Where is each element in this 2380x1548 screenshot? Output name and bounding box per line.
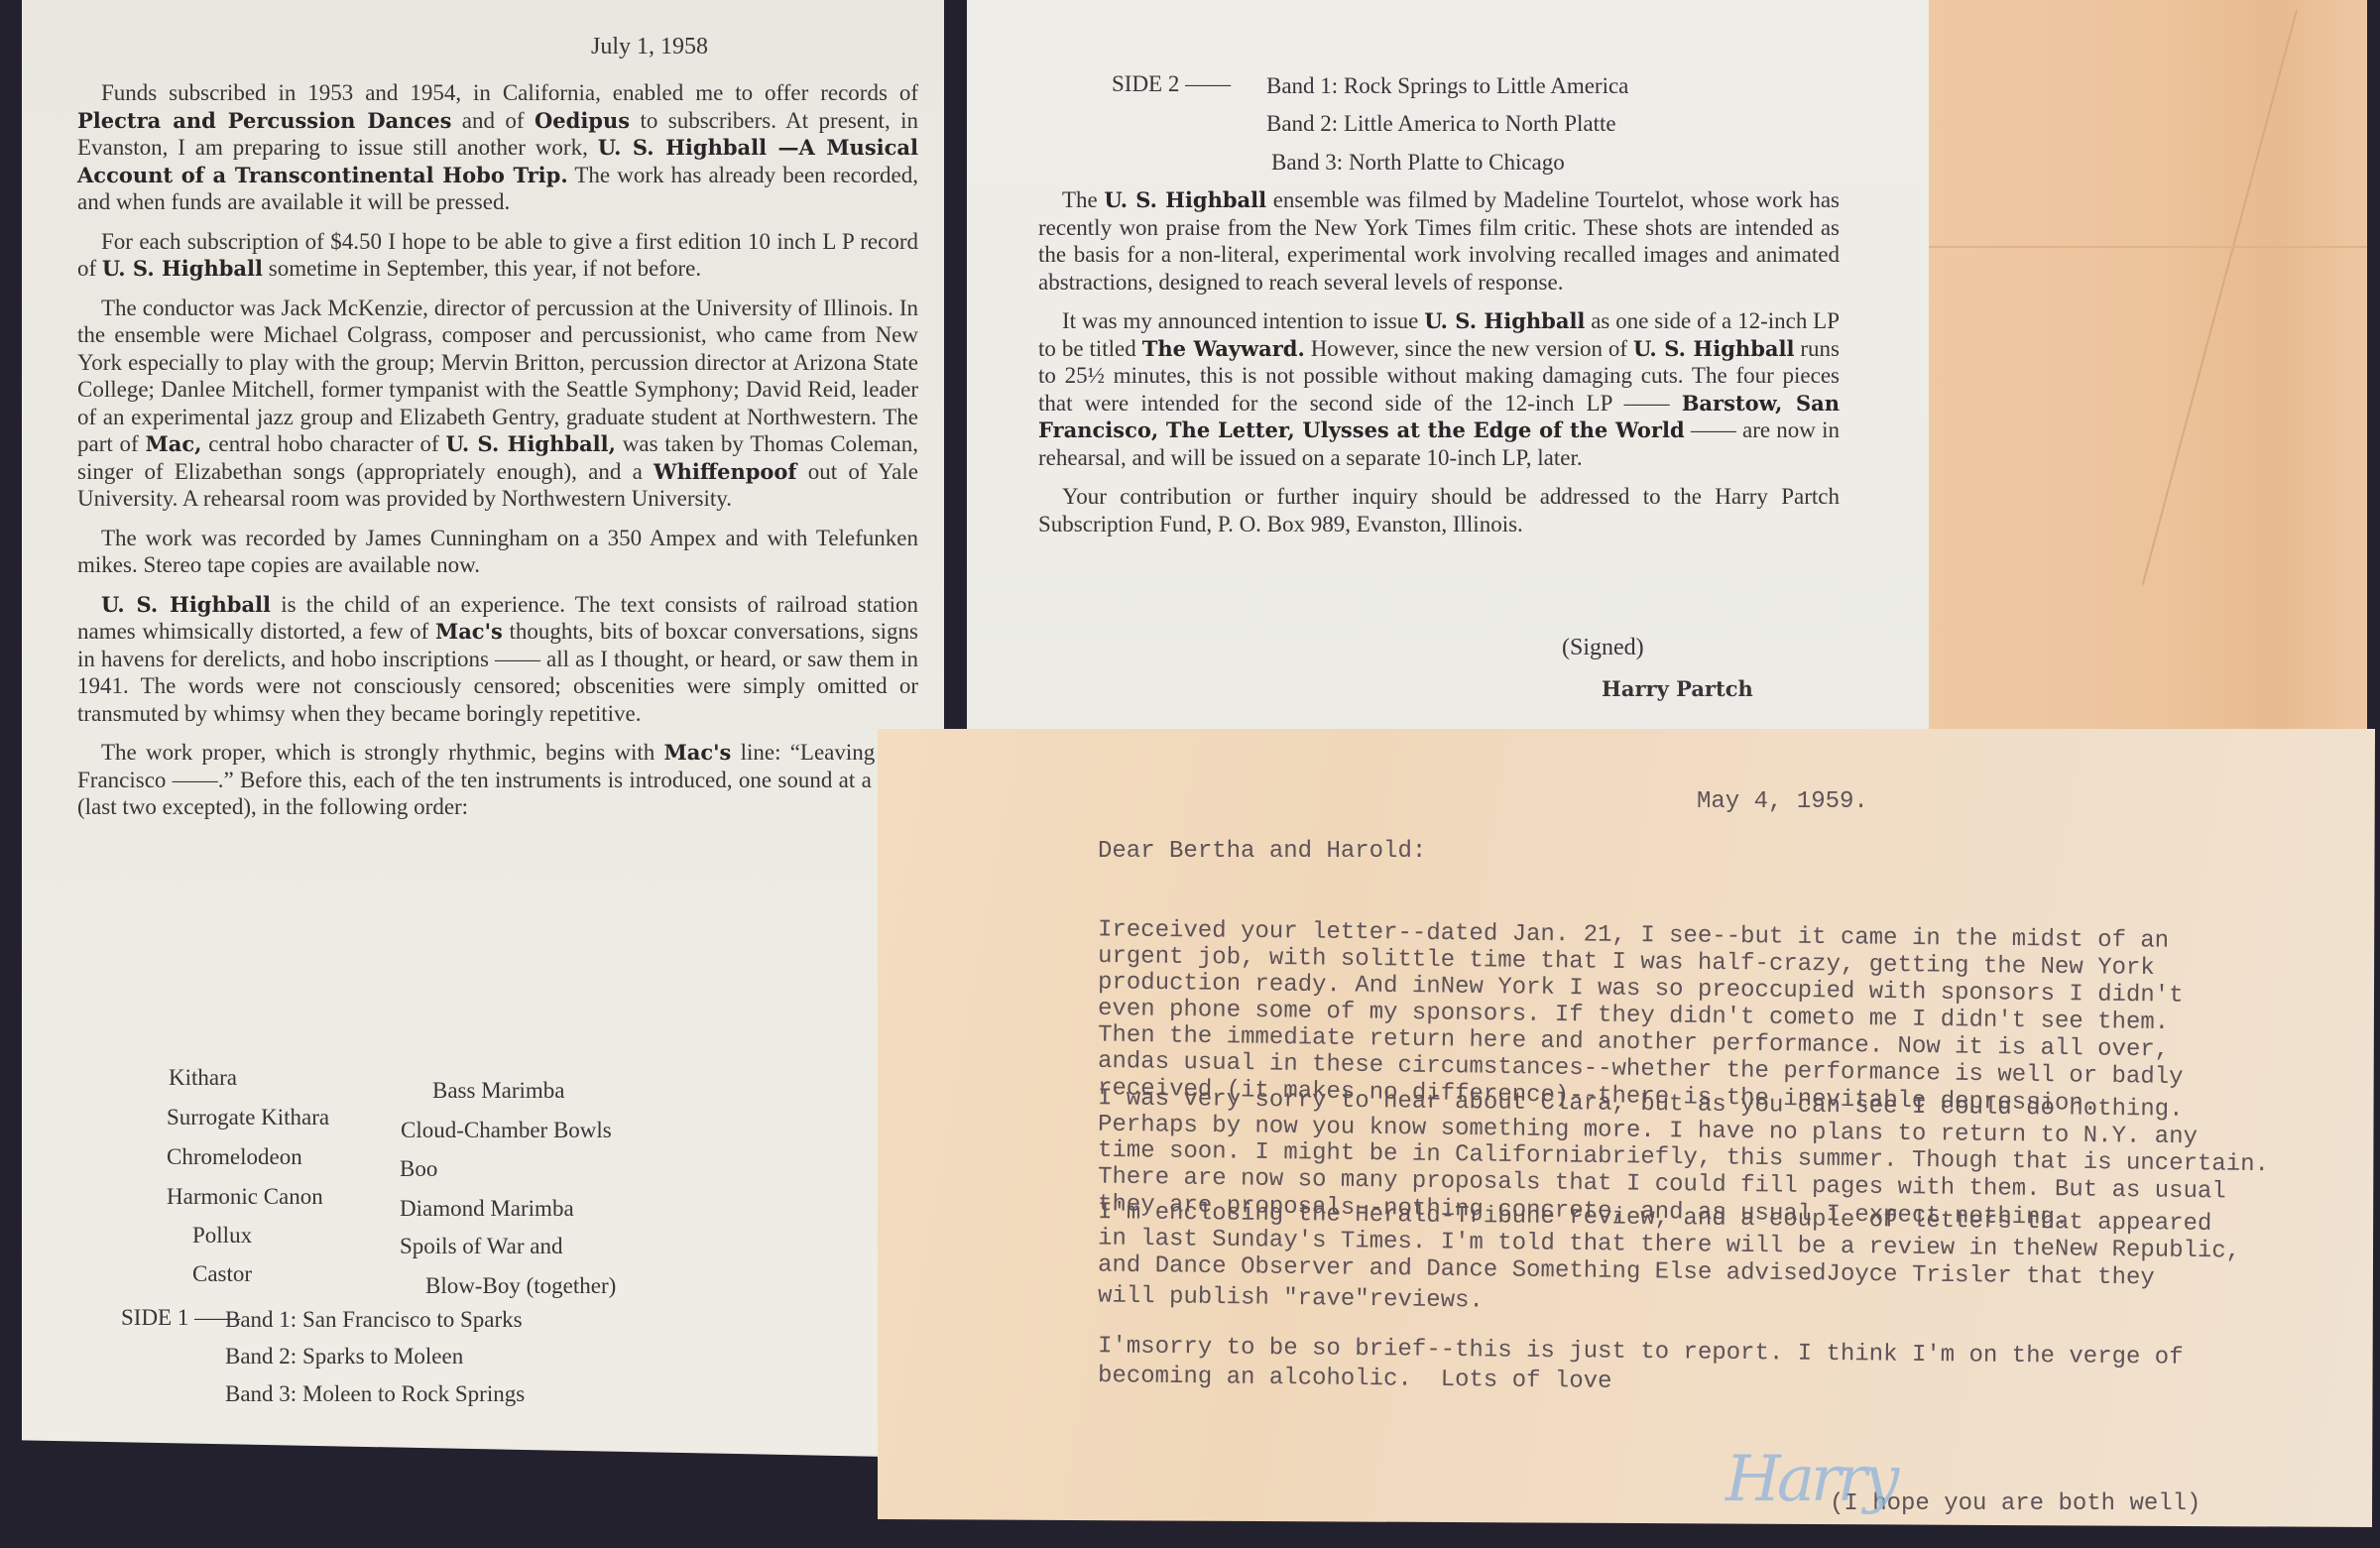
side-label: SIDE 1 —— [121,1305,240,1331]
subscription-letter-page-2: SIDE 2 —— Band 1: Rock Springs to Little… [967,0,1929,744]
instrument-item: Boo [400,1156,437,1182]
instrument-item: Chromelodeon [167,1144,302,1170]
paragraph: The work proper, which is strongly rhyth… [77,739,918,821]
printed-signature: Harry Partch [1602,676,1753,701]
paragraph: It was my announced intention to issue U… [1038,307,1840,471]
instrument-item: Harmonic Canon [167,1184,323,1210]
band-item: Band 2: Sparks to Moleen [225,1344,463,1369]
paragraph: For each subscription of $4.50 I hope to… [77,228,918,283]
page-body: The U. S. Highball ensemble was filmed b… [1038,186,1840,549]
page-body: Funds subscribed in 1953 and 1954, in Ca… [77,79,918,833]
band-item: Band 1: San Francisco to Sparks [225,1307,523,1333]
paragraph: Funds subscribed in 1953 and 1954, in Ca… [77,79,918,216]
instrument-item: Pollux [192,1223,252,1249]
instrument-item: Bass Marimba [432,1078,565,1104]
instrument-item: Spoils of War and [400,1234,562,1259]
band-item: Band 3: North Platte to Chicago [1271,150,1565,176]
letter-date: May 4, 1959. [1697,788,1868,815]
paragraph: The conductor was Jack McKenzie, directo… [77,295,918,513]
instrument-item: Blow-Boy (together) [425,1273,616,1299]
envelope-fold-line [2142,10,2298,585]
instrument-item: Diamond Marimba [400,1196,574,1222]
band-item: Band 1: Rock Springs to Little America [1266,73,1628,99]
paragraph: The work was recorded by James Cunningha… [77,525,918,579]
handwritten-signature: Harry [1725,1443,1895,1516]
instrument-item: Kithara [169,1065,237,1091]
paragraph: Your contribution or further inquiry sho… [1038,483,1840,537]
band-item: Band 2: Little America to North Platte [1266,111,1616,137]
instrument-item: Cloud-Chamber Bowls [401,1118,612,1143]
letter-line: becoming an alcoholic. Lots of love [1098,1363,1612,1395]
instrument-item: Surrogate Kithara [167,1105,329,1131]
typewritten-letter: May 4, 1959. Dear Bertha and Harold: Ire… [878,729,2375,1527]
paragraph: The U. S. Highball ensemble was filmed b… [1038,186,1840,296]
envelope-fold-line [1919,246,2367,248]
signed-label: (Signed) [1562,635,1644,661]
band-item: Band 3: Moleen to Rock Springs [225,1381,525,1407]
side-label: SIDE 2 —— [1112,71,1231,97]
paragraph: U. S. Highball is the child of an experi… [77,591,918,728]
page-date: July 1, 1958 [591,34,708,60]
subscription-letter-page-1: July 1, 1958 Funds subscribed in 1953 an… [22,0,944,1458]
envelope-background [1919,0,2367,754]
letter-salutation: Dear Bertha and Harold: [1098,838,1426,865]
letter-line: will publish "rave"reviews. [1098,1282,1484,1314]
instrument-item: Castor [192,1261,252,1287]
